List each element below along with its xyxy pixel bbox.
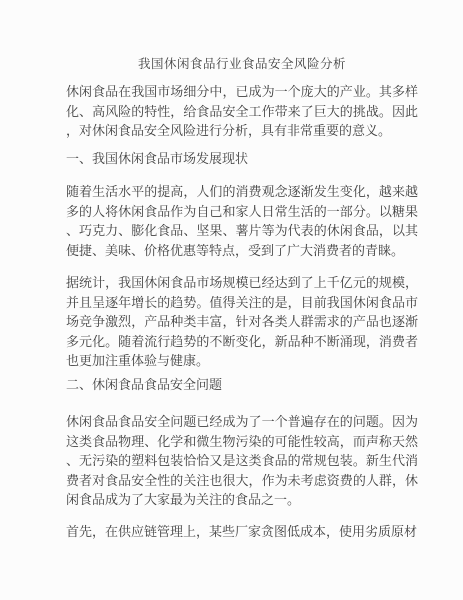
section-2-paragraph-1: 休闲食品食品安全问题已经成为了一个普遍存在的问题。因为这类食品物理、化学和微生物… (66, 412, 418, 510)
section-2-paragraph-2: 首先，在供应链管理上，某些厂家贪图低成本，使用劣质原材 (66, 522, 418, 542)
intro-paragraph: 休闲食品在我国市场细分中，已成为一个庞大的产业。其多样化、高风险的特性，给食品安… (66, 82, 418, 141)
section-1-paragraph-2: 据统计，我国休闲食品市场规模已经达到了上千亿元的规模，并且呈逐年增长的趋势。值得… (66, 273, 418, 371)
doc-title: 我国休闲食品行业食品安全风险分析 (66, 55, 418, 75)
document-page: 我国休闲食品行业食品安全风险分析 休闲食品在我国市场细分中，已成为一个庞大的产业… (0, 0, 463, 600)
section-1-heading: 一、我国休闲食品市场发展现状 (66, 149, 418, 169)
section-1-paragraph-1: 随着生活水平的提高，人们的消费观念逐渐发生变化，越来越多的人将休闲食品作为自己和… (66, 182, 418, 260)
section-2-heading: 二、休闲食品食品安全问题 (66, 375, 418, 395)
